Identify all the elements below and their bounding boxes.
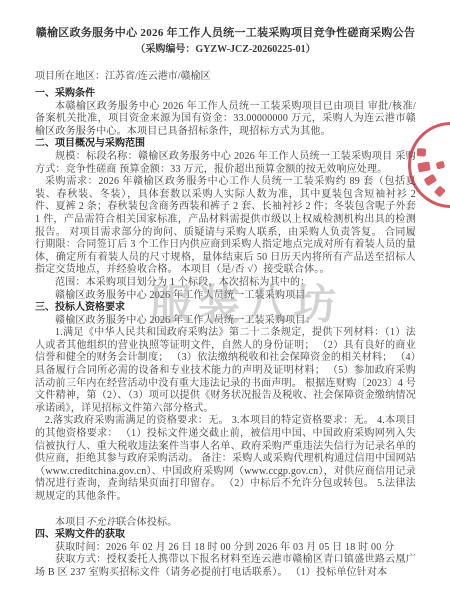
paragraph-qualification-2: 2.落实政府采购需满足的资格要求：无。 3.本项目的特定资格要求：无。 4.本项… [35, 415, 416, 503]
paragraph-qualification-1: 1.满足《中华人民共和国政府采购法》第二十二条规定，提供下列材料：（1）法人或者… [35, 327, 416, 415]
stamp-glyph [434, 185, 446, 197]
section-heading-4: 四、采购文件的获取 [35, 529, 416, 542]
section-heading-1: 一、采购条件 [35, 88, 416, 101]
joint-bid-statement: 本项目不允许联合体投标。 [35, 517, 416, 530]
joint-emph: 不允许 [86, 517, 117, 528]
paragraph-obtain-time: 获取时间：2026 年 02 月 26 日 18 时 00 分到 2026 年 … [35, 542, 416, 555]
section-heading-2: 二、项目概况与采购范围 [35, 138, 416, 151]
section-heading-3: 三、投标人资格要求 [35, 302, 416, 315]
paragraph-scale: 规模：标段名称：赣榆区政务服务中心 2026 年工作人员统一工装采购项目 采购方… [35, 151, 416, 176]
stamp-glyph [417, 148, 427, 157]
stamp-glyph [436, 161, 446, 170]
doc-procurement-number: （采购编号：GYZW-JCZ-20260225-01） [35, 43, 416, 56]
joint-prefix: 本项目 [55, 517, 86, 528]
paragraph-scope: 范围：本采购项目划分为 1 个标段，本次招标为其中的： [35, 277, 416, 290]
document-page: 服装八坊 赣榆区政务服务中心 2026 年工作人员统一工装采购项目竞争性磋商采购… [0, 0, 450, 600]
stamp-glyph [424, 174, 438, 187]
paragraph-project-name: 赣榆区政务服务中心 2026 年工作人员统一工装采购项目： [35, 315, 416, 328]
paragraph-conditions: 本赣榆区政务服务中心 2026 年工作人员统一工装采购项目已由项目 审批/核准/… [35, 101, 416, 139]
joint-suffix: 联合体投标。 [116, 517, 177, 528]
stamp-glyph [417, 161, 430, 172]
paragraph-lot-name: 赣榆区政务服务中心 2026 年工作人员统一工装采购项目 [35, 290, 416, 303]
doc-title: 赣榆区政务服务中心 2026 年工作人员统一工装采购项目竞争性磋商采购公告 [35, 26, 416, 40]
paragraph-requirements: 采购需求：2026 年赣榆区政务服务中心工作人员统一工装采购约 89 套（包括夏… [35, 176, 416, 277]
paragraph-obtain-method: 获取方式：授权委托人携带以下报名材料至连云港市赣榆区青口镇盛世路云凰广场 B 区… [35, 554, 416, 579]
project-location: 项目所在地区：江苏省/连云港市/赣榆区 [35, 70, 416, 83]
